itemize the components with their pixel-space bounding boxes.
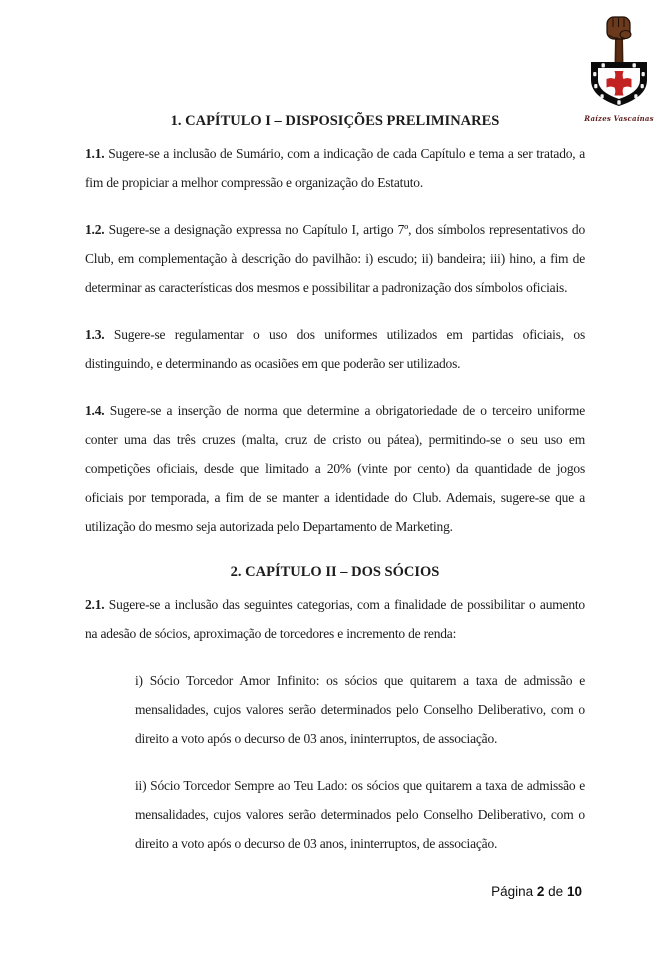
paragraph-2-1-number: 2.1. <box>85 597 104 612</box>
paragraph-1-4: 1.4. Sugere-se a inserção de norma que d… <box>85 396 585 541</box>
subitem-i: i) Sócio Torcedor Amor Infinito: os sóci… <box>135 666 585 753</box>
footer-of: de <box>548 884 563 899</box>
paragraph-1-2-number: 1.2. <box>85 222 104 237</box>
paragraph-1-4-number: 1.4. <box>85 403 104 418</box>
paragraph-1-3: 1.3. Sugere-se regulamentar o uso dos un… <box>85 320 585 378</box>
chapter-1-title: 1. CAPÍTULO I – DISPOSIÇÕES PRELIMINARES <box>85 112 585 131</box>
paragraph-1-3-text: Sugere-se regulamentar o uso dos uniform… <box>85 327 585 371</box>
club-logo: Raízes Vascaínas <box>581 8 657 123</box>
paragraph-1-3-number: 1.3. <box>85 327 104 342</box>
paragraph-1-1-text: Sugere-se a inclusão de Sumário, com a i… <box>85 146 585 190</box>
paragraph-1-1-number: 1.1. <box>85 146 104 161</box>
paragraph-1-4-text: Sugere-se a inserção de norma que determ… <box>85 403 585 534</box>
paragraph-2-1: 2.1. Sugere-se a inclusão das seguintes … <box>85 590 585 648</box>
paragraph-1-2-text: Sugere-se a designação expressa no Capít… <box>85 222 585 295</box>
raised-fist-shield-icon <box>583 8 655 108</box>
chapter-2-title: 2. CAPÍTULO II – DOS SÓCIOS <box>85 563 585 582</box>
subitem-ii: ii) Sócio Torcedor Sempre ao Teu Lado: o… <box>135 771 585 858</box>
page-footer: Página 2 de 10 <box>491 884 582 899</box>
logo-caption: Raízes Vascaínas <box>581 114 657 123</box>
document-page: Raízes Vascaínas 1. CAPÍTULO I – DISPOSI… <box>0 0 669 960</box>
footer-total-pages: 10 <box>567 884 582 899</box>
footer-page-number: 2 <box>537 884 545 899</box>
footer-label: Página <box>491 884 533 899</box>
paragraph-1-1: 1.1. Sugere-se a inclusão de Sumário, co… <box>85 139 585 197</box>
document-content: 1. CAPÍTULO I – DISPOSIÇÕES PRELIMINARES… <box>0 0 669 858</box>
paragraph-2-1-text: Sugere-se a inclusão das seguintes categ… <box>85 597 585 641</box>
paragraph-1-2: 1.2. Sugere-se a designação expressa no … <box>85 215 585 302</box>
